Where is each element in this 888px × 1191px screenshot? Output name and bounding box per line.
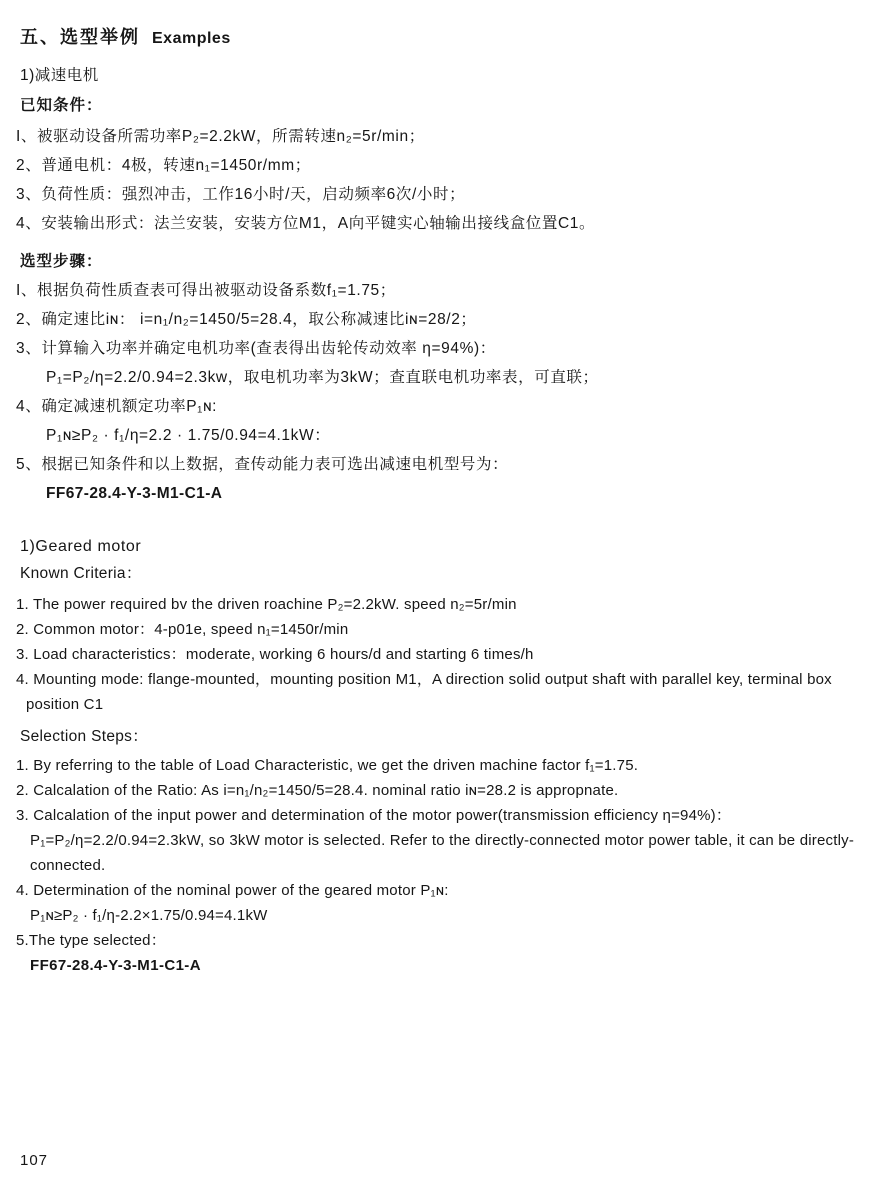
list-item: 1. The power required bv the driven roac… bbox=[16, 592, 866, 617]
zh-section-heading: 1)减速电机 bbox=[20, 66, 866, 86]
list-item: 3. Calcalation of the input power and de… bbox=[16, 803, 866, 828]
list-item: 2. Calcalation of the Ratio: As i=n₁/n₂=… bbox=[16, 778, 866, 803]
formula-line: P₁ɴ≥P₂ · f₁/η-2.2×1.75/0.94=4.1kW bbox=[16, 903, 866, 928]
section-english: 1)Geared motor Known Criteria： 1. The po… bbox=[16, 536, 866, 978]
zh-model-code: FF67-28.4-Y-3-M1-C1-A bbox=[16, 479, 866, 508]
list-item: 2、确定速比iɴ： i=n₁/n₂=1450/5=28.4，取公称减速比iɴ=2… bbox=[16, 305, 866, 334]
formula-line: P₁=P₂/η=2.2/0.94=2.3kW, so 3kW motor is … bbox=[16, 828, 866, 878]
en-known-heading: Known Criteria： bbox=[20, 562, 866, 586]
page-title-en: Examples bbox=[152, 30, 231, 47]
formula-line: P₁ɴ≥P₂ · f₁/η=2.2 · 1.75/0.94=4.1kW： bbox=[16, 421, 866, 450]
list-item: I、被驱动设备所需功率P₂=2.2kW，所需转速n₂=5r/min； bbox=[16, 122, 866, 151]
list-item: 4. Determination of the nominal power of… bbox=[16, 878, 866, 903]
section-chinese: 1)减速电机 已知条件： I、被驱动设备所需功率P₂=2.2kW，所需转速n₂=… bbox=[16, 66, 866, 508]
list-item: 2. Common motor：4-p01e, speed n₁=1450r/m… bbox=[16, 617, 866, 642]
en-section-heading: 1)Geared motor bbox=[20, 536, 866, 558]
list-item: 4、安装输出形式：法兰安装，安装方位M1，A向平键实心轴输出接线盒位置C1。 bbox=[16, 209, 866, 238]
en-known-criteria-list: 1. The power required bv the driven roac… bbox=[16, 592, 866, 717]
en-steps-heading: Selection Steps： bbox=[20, 725, 866, 749]
en-model-code: FF67-28.4-Y-3-M1-C1-A bbox=[16, 953, 866, 978]
zh-known-conditions-list: I、被驱动设备所需功率P₂=2.2kW，所需转速n₂=5r/min； 2、普通电… bbox=[16, 122, 866, 238]
page-title: 五、选型举例Examples bbox=[20, 26, 866, 50]
list-item: 3. Load characteristics：moderate, workin… bbox=[16, 642, 866, 667]
page-content: 五、选型举例Examples 1)减速电机 已知条件： I、被驱动设备所需功率P… bbox=[0, 0, 888, 978]
en-selection-steps-list: 1. By referring to the table of Load Cha… bbox=[16, 753, 866, 978]
zh-selection-steps-list: I、根据负荷性质查表可得出被驱动设备系数f₁=1.75； 2、确定速比iɴ： i… bbox=[16, 276, 866, 508]
list-item: 4. Mounting mode: flange-mounted，mountin… bbox=[16, 667, 866, 717]
list-item: 3、负荷性质：强烈冲击，工作16小时/天，启动频率6次/小时； bbox=[16, 180, 866, 209]
page-number: 107 bbox=[20, 1152, 48, 1169]
list-item: 5、根据已知条件和以上数据，查传动能力表可选出减速电机型号为： bbox=[16, 450, 866, 479]
zh-steps-heading: 选型步骤： bbox=[20, 252, 866, 272]
list-item: 4、确定减速机额定功率P₁ɴ: bbox=[16, 392, 866, 421]
list-item: I、根据负荷性质查表可得出被驱动设备系数f₁=1.75； bbox=[16, 276, 866, 305]
zh-known-heading: 已知条件： bbox=[20, 96, 866, 116]
list-item: 1. By referring to the table of Load Cha… bbox=[16, 753, 866, 778]
formula-line: P₁=P₂/η=2.2/0.94=2.3kw，取电机功率为3kW；查直联电机功率… bbox=[16, 363, 866, 392]
list-item: 2、普通电机：4极，转速n₁=1450r/mm； bbox=[16, 151, 866, 180]
list-item: 5.The type selected： bbox=[16, 928, 866, 953]
page-title-zh: 五、选型举例 bbox=[20, 27, 140, 47]
list-item: 3、计算输入功率并确定电机功率(查表得出齿轮传动效率 η=94%)： bbox=[16, 334, 866, 363]
document-page: 五、选型举例Examples 1)减速电机 已知条件： I、被驱动设备所需功率P… bbox=[0, 0, 888, 1191]
